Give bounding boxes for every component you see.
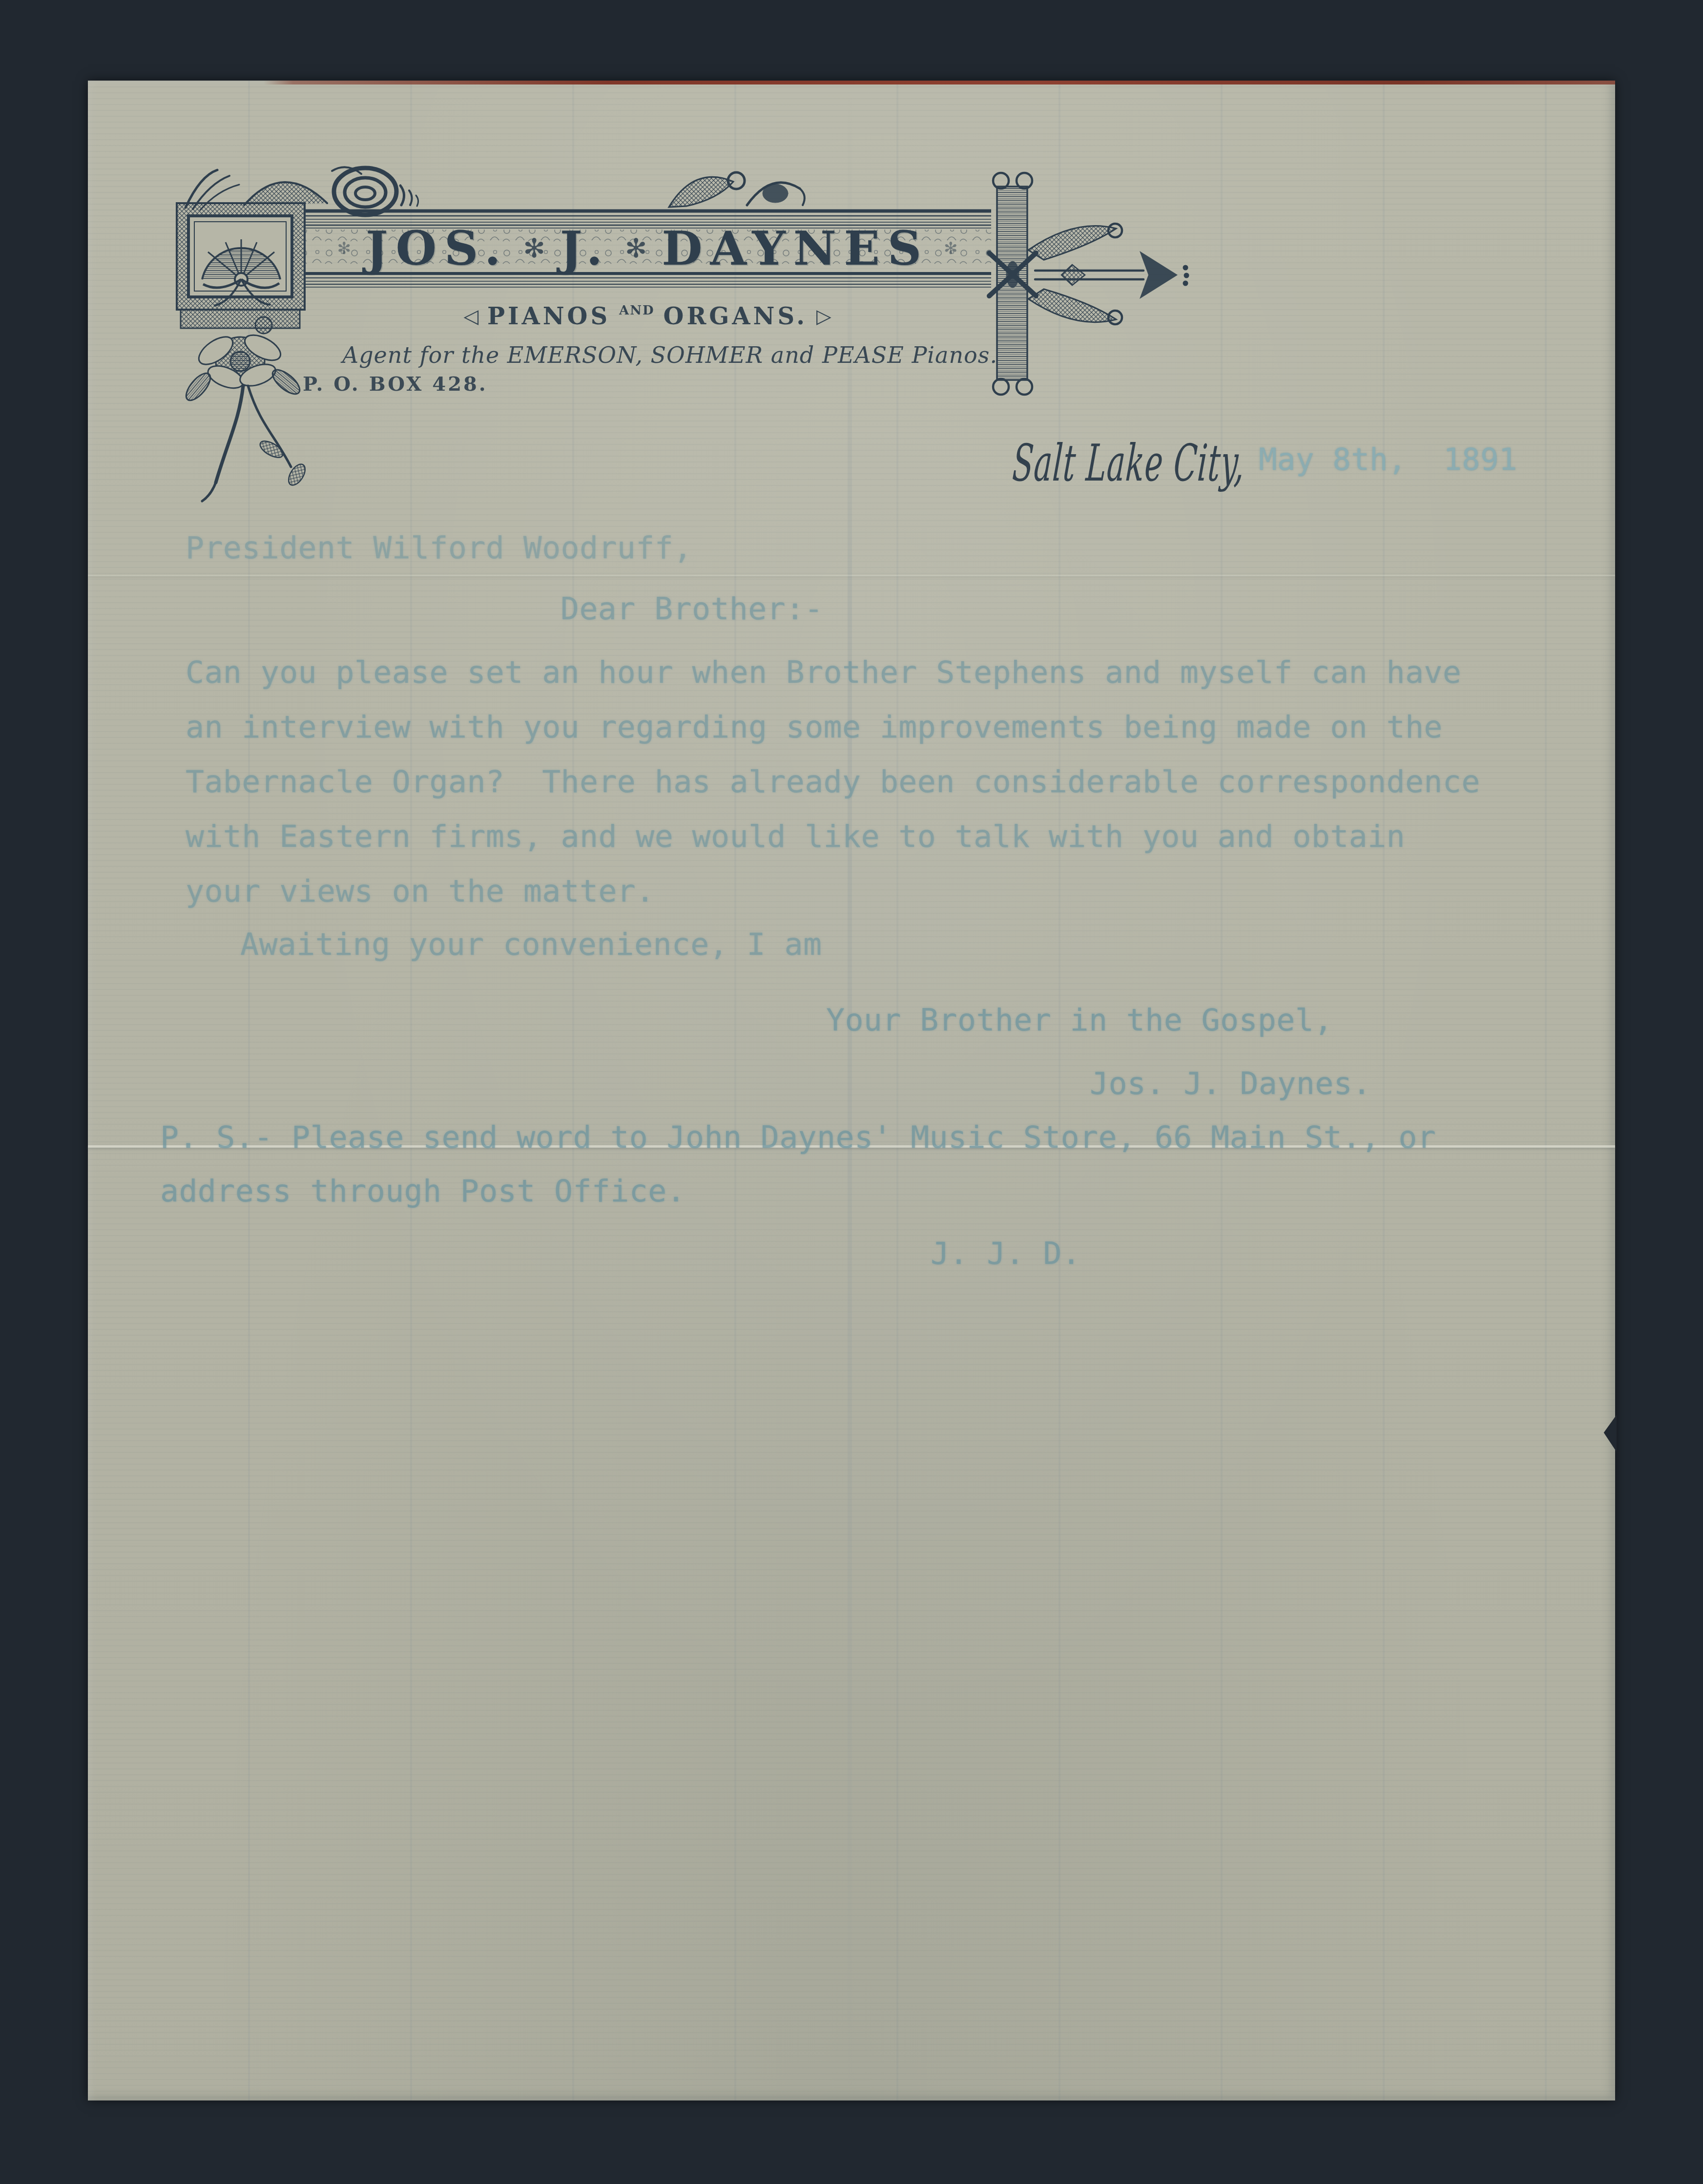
products-word: ORGANS. xyxy=(664,303,808,330)
typed-line-salutation: Dear Brother:- xyxy=(561,593,823,624)
brand-name-part: DAYNES xyxy=(662,225,929,272)
typed-line-body: Tabernacle Organ? There has already been… xyxy=(186,766,1480,797)
typed-line-initials: J. J. D. xyxy=(931,1238,1080,1269)
typed-line-body: an interview with you regarding some imp… xyxy=(186,712,1443,742)
products-line: ◁ PIANOS AND ORGANS. ▷ xyxy=(304,303,991,330)
typed-line-body: your views on the matter. xyxy=(186,876,655,906)
typed-line-postscript: P. S.- Please send word to John Daynes' … xyxy=(160,1122,1436,1153)
triangle-left-icon: ◁ xyxy=(463,305,478,328)
brand-name-part: J. xyxy=(560,225,610,272)
po-box-line: P. O. BOX 428. xyxy=(303,373,488,396)
typed-line-postscript: address through Post Office. xyxy=(160,1176,685,1206)
products-word: PIANOS xyxy=(487,303,610,330)
filigree-icon: ✻ xyxy=(944,240,958,257)
typed-line-body: Can you please set an hour when Brother … xyxy=(186,657,1461,688)
brand-name-part: JOS. xyxy=(366,225,508,272)
products-conjunction: AND xyxy=(619,303,655,318)
typed-line-awaiting: Awaiting your convenience, I am xyxy=(240,929,822,960)
letterhead-name: ✻ JOS. ✻ J. ✻ DAYNES ✻ xyxy=(304,225,991,272)
filigree-icon: ✻ xyxy=(337,240,352,257)
dateline-place: Salt Lake City, xyxy=(1011,433,1246,493)
fold-crease-upper xyxy=(88,575,1615,576)
filigree-icon: ✻ xyxy=(523,235,545,262)
paper-edge-notch xyxy=(1601,1415,1617,1452)
typed-line-signature: Jos. J. Daynes. xyxy=(1090,1068,1371,1099)
agent-line: Agent for the EMERSON, SOHMER and PEASE … xyxy=(304,342,1036,368)
typed-line-closing: Your Brother in the Gospel, xyxy=(826,1005,1333,1035)
letter-paper: ✻ JOS. ✻ J. ✻ DAYNES ✻ ◁ PIANOS AND ORGA… xyxy=(88,81,1615,2100)
filigree-icon: ✻ xyxy=(625,235,647,262)
triangle-right-icon: ▷ xyxy=(816,305,831,328)
typed-line-body: with Eastern firms, and we would like to… xyxy=(186,821,1405,852)
typed-line-recipient: President Wilford Woodruff, xyxy=(186,532,692,563)
dateline-date: May 8th, 1891 xyxy=(1259,444,1517,475)
scan-background: { "colors":{ "background":"#212830", "pa… xyxy=(0,0,1703,2184)
